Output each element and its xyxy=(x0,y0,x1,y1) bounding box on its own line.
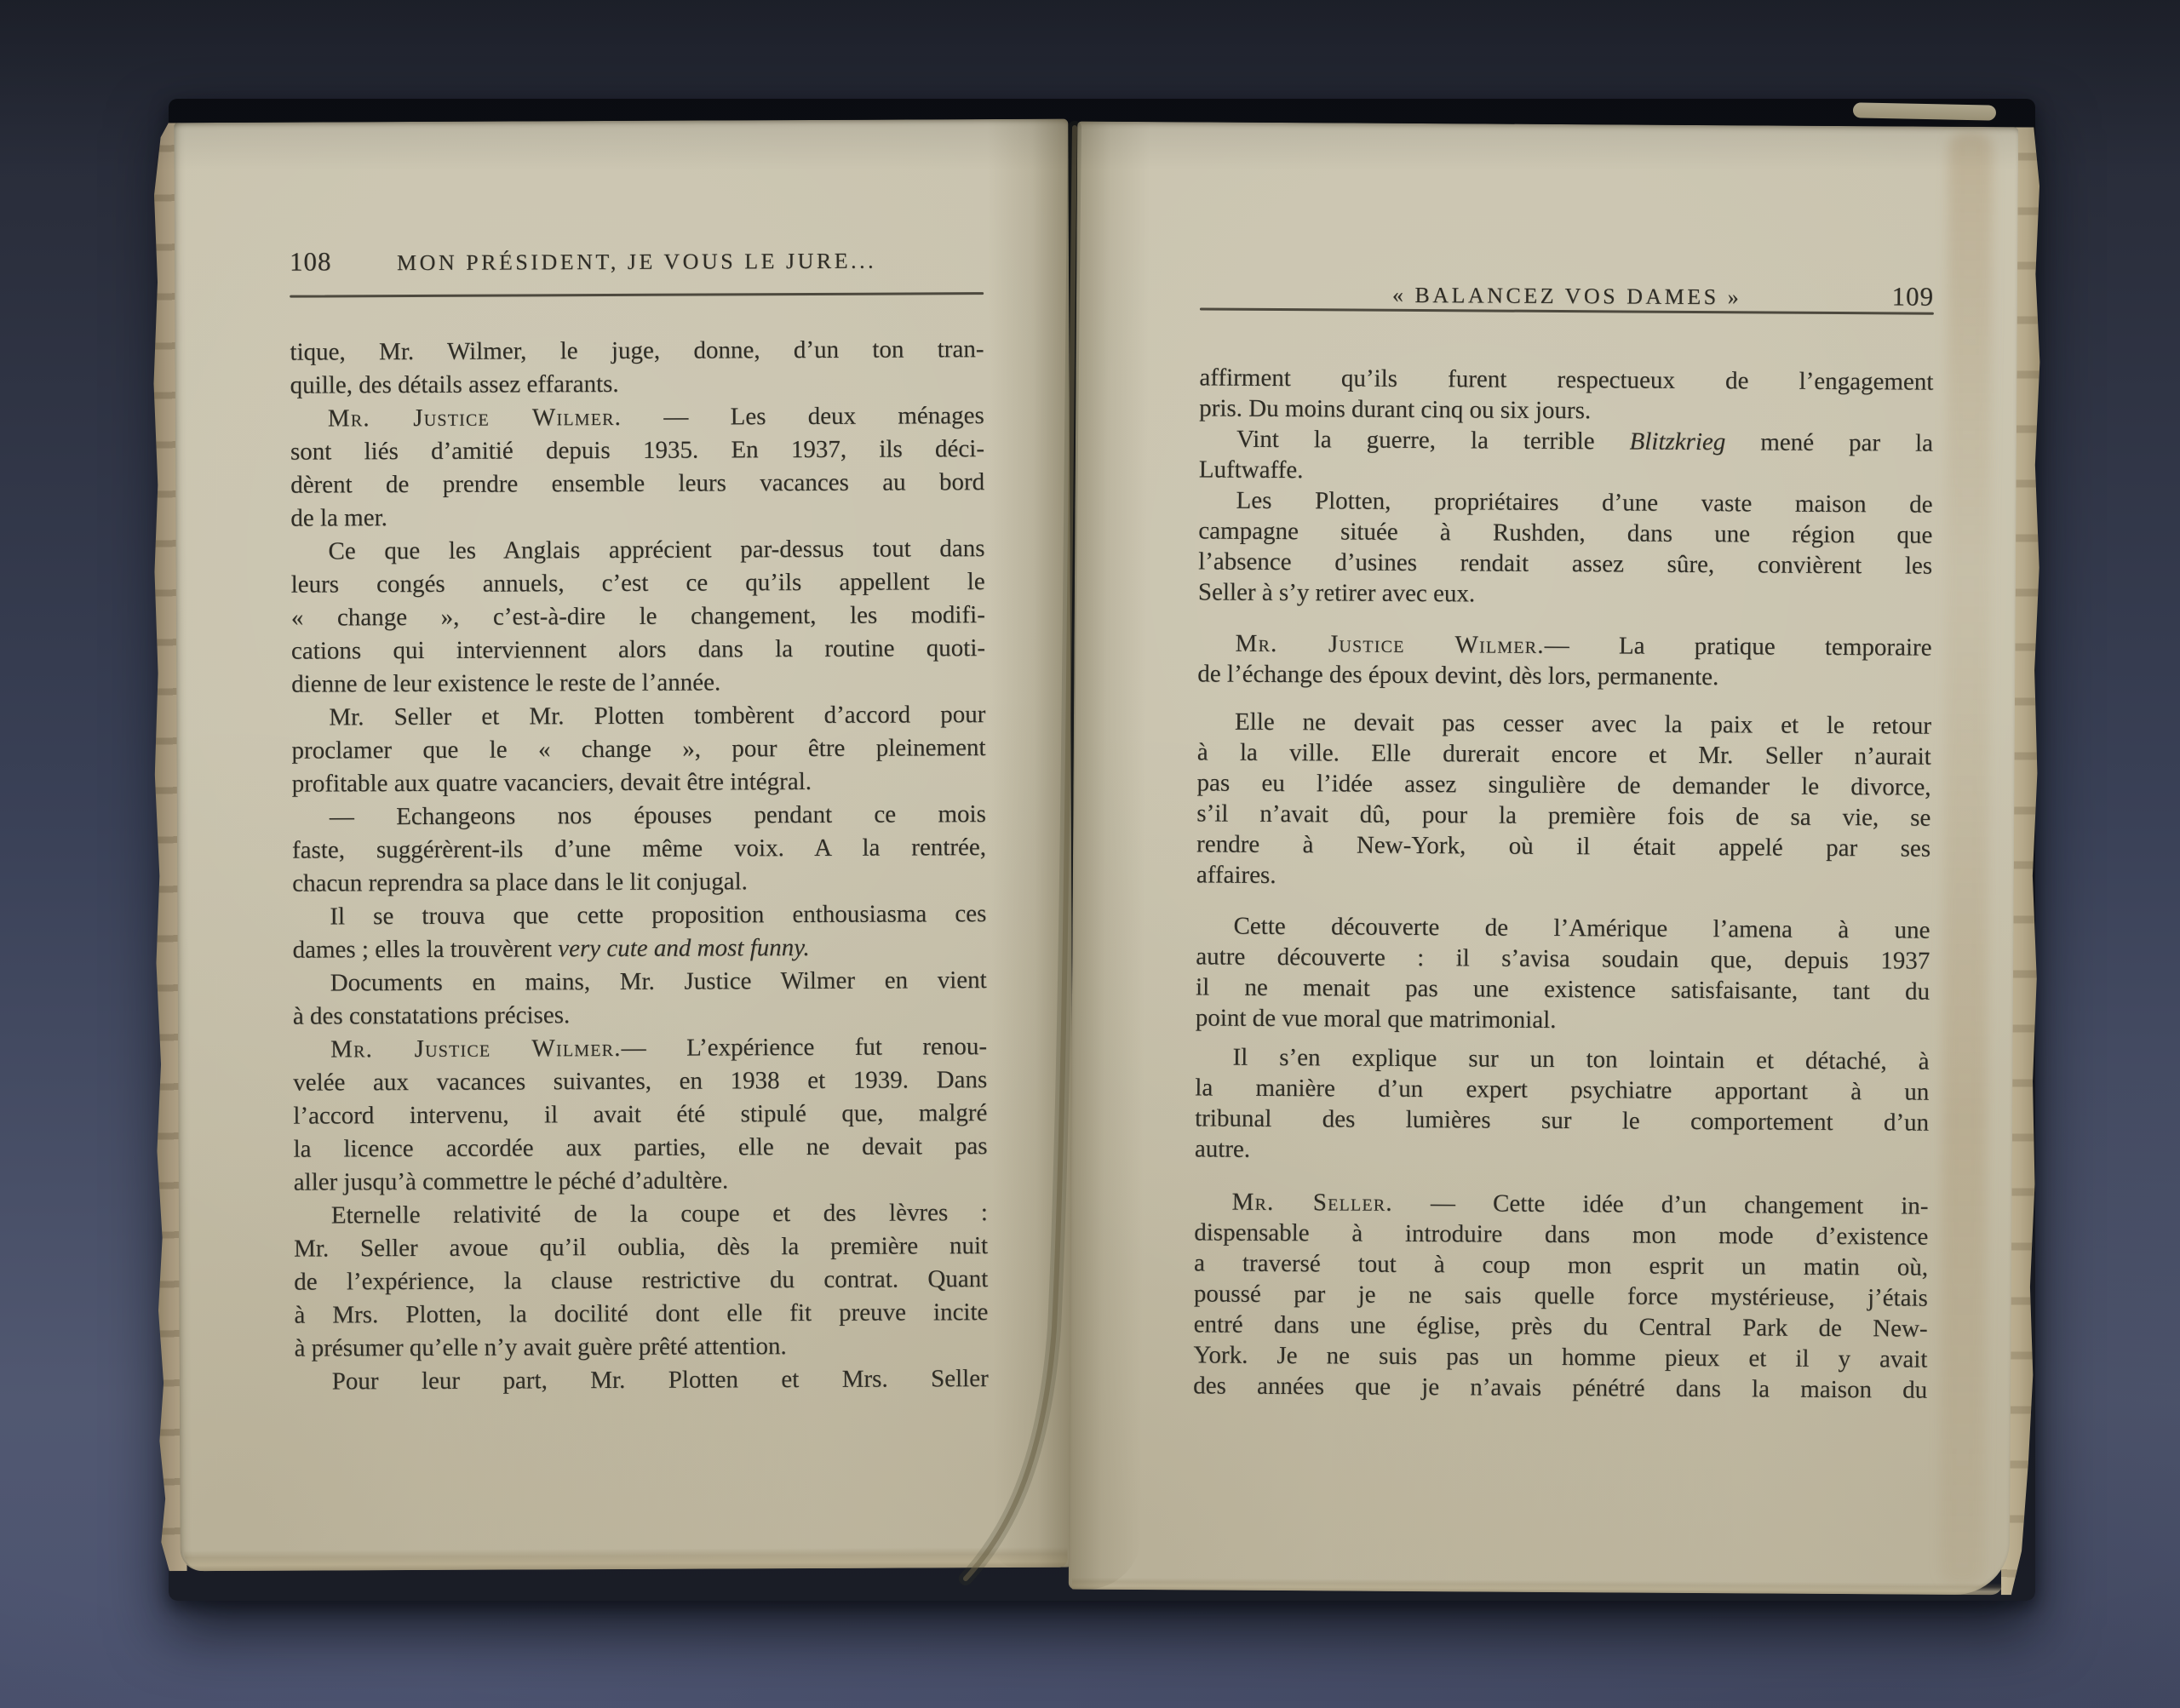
text-line: Vint la guerre, la terrible Blitzkrieg m… xyxy=(1199,423,1933,458)
text-segment: Mr. Seller avoue qu’il oublia, dès la pr… xyxy=(294,1232,988,1263)
text-segment: tribunal des lumières sur le comportemen… xyxy=(1195,1104,1929,1136)
text-line: sont liés d’amitié depuis 1935. En 1937,… xyxy=(290,433,984,469)
text-line: dienne de leur existence le reste de l’a… xyxy=(291,665,985,702)
text-segment: leurs congés annuels, c’est ce qu’ils ap… xyxy=(291,568,985,599)
right-page-text: affirment qu’ils furent respectueux de l… xyxy=(1193,362,1933,1405)
paragraph: Pour leur part, Mr. Plotten et Mrs. Sell… xyxy=(295,1362,989,1399)
text-line: a traversé tout à coup mon esprit un mat… xyxy=(1194,1247,1928,1282)
text-line: à présumer qu’elle n’y avait guère prêté… xyxy=(294,1329,988,1366)
paragraph: Vint la guerre, la terrible Blitzkrieg m… xyxy=(1199,423,1933,489)
text-segment: Luftwaffe. xyxy=(1199,456,1304,484)
text-line: point de vue moral que matrimonial. xyxy=(1196,1002,1930,1037)
text-segment: profitable aux quatre vacanciers, devait… xyxy=(292,768,812,798)
text-segment: chacun reprendra sa place dans le lit co… xyxy=(292,868,748,897)
text-line: autre. xyxy=(1195,1133,1929,1168)
text-segment: la licence accordée aux parties, elle ne… xyxy=(293,1132,987,1163)
text-line: Il s’en explique sur un ton lointain et … xyxy=(1195,1041,1929,1076)
text-line: proclamer que le « change », pour être p… xyxy=(291,731,985,768)
italic-phrase: Blitzkrieg xyxy=(1629,428,1725,456)
text-segment: Documents en mains, Mr. Justice Wilmer e… xyxy=(330,966,987,996)
text-segment: proclamer que le « change », pour être p… xyxy=(291,734,985,765)
text-line: Ce que les Anglais apprécient par-dessus… xyxy=(290,532,984,569)
text-line: profitable aux quatre vacanciers, devait… xyxy=(292,765,986,801)
text-segment: Les Plotten, propriétaires d’une vaste m… xyxy=(1236,487,1932,519)
text-line: il ne menait pas une existence satisfais… xyxy=(1196,971,1930,1006)
text-line: l’accord intervenu, il avait été stipulé… xyxy=(293,1097,987,1133)
text-segment: campagne située à Rushden, dans une régi… xyxy=(1198,517,1932,548)
text-segment: dispensable à introduire dans mon mode d… xyxy=(1194,1218,1928,1250)
text-segment: point de vue moral que matrimonial. xyxy=(1196,1004,1557,1034)
left-page-text: tique, Mr. Wilmer, le juge, donne, d’un … xyxy=(290,333,988,1399)
paragraph: Mr. Seller. — Cette idée d’un changement… xyxy=(1193,1186,1929,1405)
text-segment: rendre à New-York, où il était appelé pa… xyxy=(1196,830,1930,862)
text-line: dèrent de prendre ensemble leurs vacance… xyxy=(290,466,984,502)
text-segment: Il s’en explique sur un ton lointain et … xyxy=(1232,1044,1929,1075)
text-line: Mr. Seller avoue qu’il oublia, dès la pr… xyxy=(294,1229,988,1266)
text-line: Il se trouva que cette proposition entho… xyxy=(292,897,986,934)
text-segment: Seller à s’y retirer avec eux. xyxy=(1198,578,1475,607)
text-segment: s’il n’avait dû, pour la première fois d… xyxy=(1196,800,1930,831)
paragraph: Elle ne devait pas cesser avec la paix e… xyxy=(1196,706,1931,894)
text-segment: « change », c’est-à-dire le changement, … xyxy=(291,601,985,632)
text-line: affirment qu’ils furent respectueux de l… xyxy=(1199,362,1933,397)
text-segment: dèrent de prendre ensemble leurs vacance… xyxy=(290,468,984,499)
text-line: pris. Du moins durant cinq ou six jours. xyxy=(1199,393,1933,427)
right-page-running-head: « BALANCEZ VOS DAMES » 109 xyxy=(1200,277,1934,312)
text-line: aller jusqu’à commettre le péché d’adult… xyxy=(294,1163,988,1200)
text-segment: Pour leur part, Mr. Plotten et Mrs. Sell… xyxy=(332,1365,989,1395)
speaker-name: Mr. Justice Wilmer. xyxy=(328,404,622,433)
page-number-right: 109 xyxy=(1839,281,1934,312)
text-segment: mené par la xyxy=(1725,428,1933,456)
paragraph: Cette découverte de l’Amérique l’amena à… xyxy=(1196,910,1930,1037)
text-segment: à des constatations précises. xyxy=(293,1001,570,1029)
text-segment: Vint la guerre, la terrible xyxy=(1236,426,1630,456)
text-line: pas eu l’idée assez singulière de demand… xyxy=(1196,767,1930,802)
text-segment: la manière d’un expert psychiatre apport… xyxy=(1195,1074,1929,1105)
text-line: poussé par je ne sais quelle force mysté… xyxy=(1194,1278,1928,1313)
paragraph: Ce que les Anglais apprécient par-dessus… xyxy=(290,532,985,702)
italic-phrase: very cute and most funny. xyxy=(558,934,810,962)
text-segment: il ne menait pas une existence satisfais… xyxy=(1196,973,1930,1005)
text-segment: Mr. Seller et Mr. Plotten tombèrent d’ac… xyxy=(329,701,985,731)
speaker-name: Mr. Seller. xyxy=(1231,1189,1392,1217)
text-line: Eternelle relativité de la coupe et des … xyxy=(294,1196,988,1233)
text-segment: sont liés d’amitié depuis 1935. En 1937,… xyxy=(290,435,984,466)
text-line: de l’expérience, la clause restrictive d… xyxy=(294,1263,988,1299)
text-segment: — Echangeons nos épouses pendant ce mois xyxy=(330,800,986,830)
text-segment: à Mrs. Plotten, la docilité dont elle fi… xyxy=(294,1298,988,1329)
text-segment: de l’expérience, la clause restrictive d… xyxy=(294,1265,988,1296)
text-line: Mr. Justice Wilmer.— L’expérience fut re… xyxy=(293,1030,987,1067)
text-segment: affaires. xyxy=(1196,861,1276,889)
text-segment: autre. xyxy=(1195,1135,1250,1162)
text-line: Mr. Justice Wilmer. — Les deux ménages xyxy=(290,399,984,436)
text-line: velée aux vacances suivantes, en 1938 et… xyxy=(293,1063,987,1100)
text-segment: à la ville. Elle durerait encore et Mr. … xyxy=(1197,738,1931,770)
text-line: dames ; elles la trouvèrent very cute an… xyxy=(292,931,986,967)
text-line: à la ville. Elle durerait encore et Mr. … xyxy=(1197,737,1931,771)
text-line: cations qui interviennent alors dans la … xyxy=(291,632,985,668)
text-segment: de la mer. xyxy=(290,504,387,531)
text-segment: faste, suggérèrent-ils d’une même voix. … xyxy=(292,834,986,864)
paragraph: Il s’en explique sur un ton lointain et … xyxy=(1195,1041,1930,1168)
text-segment: l’accord intervenu, il avait été stipulé… xyxy=(293,1099,987,1130)
text-line: — Echangeons nos épouses pendant ce mois xyxy=(292,798,986,834)
text-segment: Elle ne devait pas cesser avec la paix e… xyxy=(1235,708,1931,740)
text-segment: pris. Du moins durant cinq ou six jours. xyxy=(1199,394,1591,424)
text-segment: Eternelle relativité de la coupe et des … xyxy=(331,1199,988,1229)
text-line: Mr. Seller. — Cette idée d’un changement… xyxy=(1194,1186,1928,1221)
text-line: faste, suggérèrent-ils d’une même voix. … xyxy=(292,831,986,868)
text-segment: pas eu l’idée assez singulière de demand… xyxy=(1196,769,1930,800)
text-line: leurs congés annuels, c’est ce qu’ils ap… xyxy=(291,565,985,602)
text-segment: aller jusqu’à commettre le péché d’adult… xyxy=(294,1166,729,1195)
speaker-name: Mr. Justice Wilmer. xyxy=(1235,630,1544,659)
text-segment: de l’échange des époux devint, dès lors,… xyxy=(1197,660,1718,691)
text-segment: velée aux vacances suivantes, en 1938 et… xyxy=(293,1066,987,1097)
text-segment: cations qui interviennent alors dans la … xyxy=(291,634,985,665)
text-line: Seller à s’y retirer avec eux. xyxy=(1198,576,1932,611)
text-line: York. Je ne suis pas un homme pieux et i… xyxy=(1193,1339,1927,1374)
text-line: des années que je n’avais pénétré dans l… xyxy=(1193,1370,1927,1405)
right-page: « BALANCEZ VOS DAMES » 109 affirment qu’… xyxy=(1069,122,2045,1596)
running-title-right: « BALANCEZ VOS DAMES » xyxy=(1295,282,1839,311)
text-segment: Il se trouva que cette proposition entho… xyxy=(330,900,986,930)
text-line: tribunal des lumières sur le comportemen… xyxy=(1195,1103,1929,1138)
paragraph: Mr. Justice Wilmer.— La pratique tempora… xyxy=(1197,628,1931,693)
text-line: Elle ne devait pas cesser avec la paix e… xyxy=(1197,706,1931,741)
text-line: Cette découverte de l’Amérique l’amena à… xyxy=(1196,910,1930,945)
left-page-running-head: 108 MON PRÉSIDENT, JE VOUS LE JURE... xyxy=(290,244,984,278)
text-segment: l’absence d’usines rendait assez sûre, c… xyxy=(1198,547,1932,579)
paragraph: — Echangeons nos épouses pendant ce mois… xyxy=(292,798,987,901)
page-stack-sliver xyxy=(1853,102,1996,120)
text-line: à Mrs. Plotten, la docilité dont elle fi… xyxy=(294,1296,988,1333)
text-line: s’il n’avait dû, pour la première fois d… xyxy=(1196,798,1930,833)
text-line: affaires. xyxy=(1196,859,1930,894)
text-line: chacun reprendra sa place dans le lit co… xyxy=(292,864,986,901)
photo-background: 108 MON PRÉSIDENT, JE VOUS LE JURE... ti… xyxy=(0,0,2180,1708)
text-line: Les Plotten, propriétaires d’une vaste m… xyxy=(1198,484,1932,519)
paragraph: Documents en mains, Mr. Justice Wilmer e… xyxy=(293,964,987,1034)
text-line: quille, des détails assez effarants. xyxy=(290,366,984,403)
left-page: 108 MON PRÉSIDENT, JE VOUS LE JURE... ti… xyxy=(150,119,1074,1572)
paragraph: Les Plotten, propriétaires d’une vaste m… xyxy=(1198,484,1933,611)
text-line: Pour leur part, Mr. Plotten et Mrs. Sell… xyxy=(295,1362,989,1399)
text-segment: poussé par je ne sais quelle force mysté… xyxy=(1194,1280,1928,1311)
paragraph: Mr. Seller et Mr. Plotten tombèrent d’ac… xyxy=(291,698,986,801)
paragraph: Mr. Justice Wilmer.— L’expérience fut re… xyxy=(293,1030,988,1200)
text-line: Mr. Seller et Mr. Plotten tombèrent d’ac… xyxy=(291,698,985,735)
text-segment: — L’expérience fut renou- xyxy=(622,1033,988,1062)
right-page-foxing-stain xyxy=(1940,132,1993,1586)
text-segment: Cette découverte de l’Amérique l’amena à… xyxy=(1233,913,1930,944)
paragraph: Mr. Justice Wilmer. — Les deux ménagesso… xyxy=(290,399,985,536)
text-segment: affirment qu’ils furent respectueux de l… xyxy=(1199,364,1933,395)
text-line: Luftwaffe. xyxy=(1199,454,1933,489)
text-line: à des constatations précises. xyxy=(293,997,987,1034)
text-line: la manière d’un expert psychiatre apport… xyxy=(1195,1072,1929,1107)
paragraph: Eternelle relativité de la coupe et des … xyxy=(294,1196,989,1366)
text-segment: à présumer qu’elle n’y avait guère prêté… xyxy=(295,1333,787,1362)
left-page-bottom-edge xyxy=(184,1547,1068,1572)
speaker-name: Mr. Justice Wilmer. xyxy=(330,1035,622,1063)
text-line: « change », c’est-à-dire le changement, … xyxy=(291,599,985,635)
text-line: tique, Mr. Wilmer, le juge, donne, d’un … xyxy=(290,333,984,370)
text-segment: tique, Mr. Wilmer, le juge, donne, d’un … xyxy=(290,335,984,366)
paragraph: affirment qu’ils furent respectueux de l… xyxy=(1199,362,1933,427)
text-line: Documents en mains, Mr. Justice Wilmer e… xyxy=(293,964,987,1000)
paragraph: Il se trouva que cette proposition entho… xyxy=(292,897,986,967)
text-line: campagne située à Rushden, dans une régi… xyxy=(1198,515,1932,550)
text-segment: entré dans une église, près du Central P… xyxy=(1194,1310,1928,1342)
text-line: de la mer. xyxy=(290,499,984,536)
text-line: entré dans une église, près du Central P… xyxy=(1194,1309,1928,1344)
text-line: Mr. Justice Wilmer.— La pratique tempora… xyxy=(1197,628,1931,662)
text-line: rendre à New-York, où il était appelé pa… xyxy=(1196,828,1930,863)
text-segment: — La pratique temporaire xyxy=(1545,632,1932,662)
text-segment: des années que je n’avais pénétré dans l… xyxy=(1193,1372,1927,1403)
text-segment: York. Je ne suis pas un homme pieux et i… xyxy=(1193,1341,1927,1373)
text-line: autre découverte : il s’avisa soudain qu… xyxy=(1196,941,1930,976)
text-segment: autre découverte : il s’avisa soudain qu… xyxy=(1196,943,1930,974)
text-segment: — Les deux ménages xyxy=(622,402,984,431)
text-segment: quille, des détails assez effarants. xyxy=(290,370,619,399)
page-number-left: 108 xyxy=(290,246,385,277)
text-segment: a traversé tout à coup mon esprit un mat… xyxy=(1194,1249,1928,1281)
text-segment: dames ; elles la trouvèrent xyxy=(292,935,558,963)
running-title-left: MON PRÉSIDENT, JE VOUS LE JURE... xyxy=(385,249,888,277)
text-line: dispensable à introduire dans mon mode d… xyxy=(1194,1217,1928,1252)
text-line: de l’échange des époux devint, dès lors,… xyxy=(1197,658,1931,693)
text-line: la licence accordée aux parties, elle ne… xyxy=(293,1130,987,1166)
text-segment: dienne de leur existence le reste de l’a… xyxy=(291,668,720,697)
text-segment: Ce que les Anglais apprécient par-dessus… xyxy=(328,535,984,565)
paragraph: tique, Mr. Wilmer, le juge, donne, d’un … xyxy=(290,333,984,403)
text-line: l’absence d’usines rendait assez sûre, c… xyxy=(1198,546,1932,581)
text-segment: — Cette idée d’un changement in- xyxy=(1393,1189,1929,1220)
